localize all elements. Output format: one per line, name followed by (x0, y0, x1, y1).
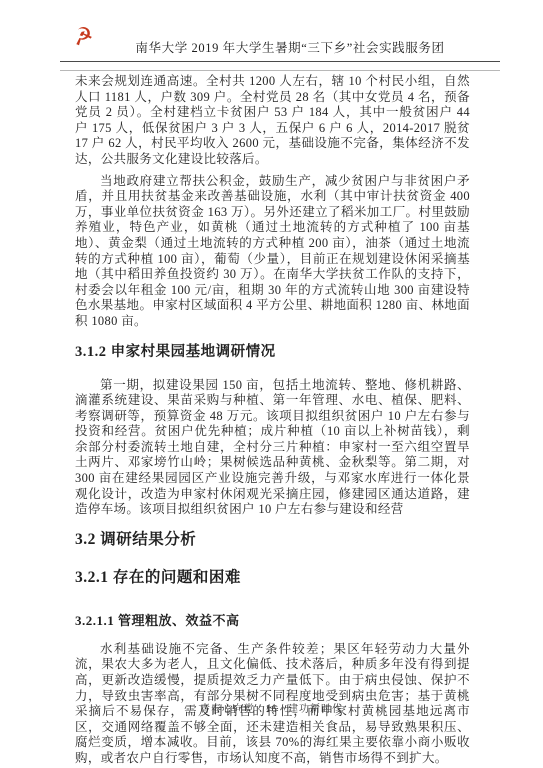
header-rule (60, 70, 500, 71)
heading-3-2-1: 3.2.1 存在的问题和困难 (75, 568, 470, 588)
header-title: 南华大学 2019 年大学生暑期“三下乡”社会实践服务团 (90, 38, 490, 56)
page-number: 16 (266, 704, 278, 715)
page-header: ☭ 南华大学 2019 年大学生暑期“三下乡”社会实践服务团 (60, 0, 500, 62)
paragraph-orchard-plan: 第一期，拟建设果园 150 亩，包括土地流转、整地、修机耕路、滴灌系统建设、果苗… (75, 378, 470, 518)
heading-3-1-2: 3.1.2 申家村果园基地调研情况 (75, 342, 470, 362)
document-page: ☭ 南华大学 2019 年大学生暑期“三下乡”社会实践服务团 未来会规划连通高速… (0, 0, 543, 768)
heading-3-2: 3.2 调研结果分析 (75, 530, 470, 550)
footer-motto-right: 建功新时代 (288, 704, 343, 715)
paragraph-village-overview: 未来会规划连通高速。全村共 1200 人左右，辖 10 个村民小组，自然人口 1… (75, 74, 470, 168)
paragraph-government-support: 当地政府建立帮扶公积金，鼓励生产，减少贫困户与非贫困户矛盾，并且用扶贫基金来改善… (75, 174, 470, 330)
footer-motto-left: 青春心向党 (200, 704, 255, 715)
document-body: 未来会规划连通高速。全村共 1200 人左右，辖 10 个村民小组，自然人口 1… (75, 72, 470, 767)
heading-3-2-1-1: 3.2.1.1 管理粗放、效益不高 (75, 612, 470, 630)
page-footer: 青春心向党 16 建功新时代 (0, 700, 543, 715)
